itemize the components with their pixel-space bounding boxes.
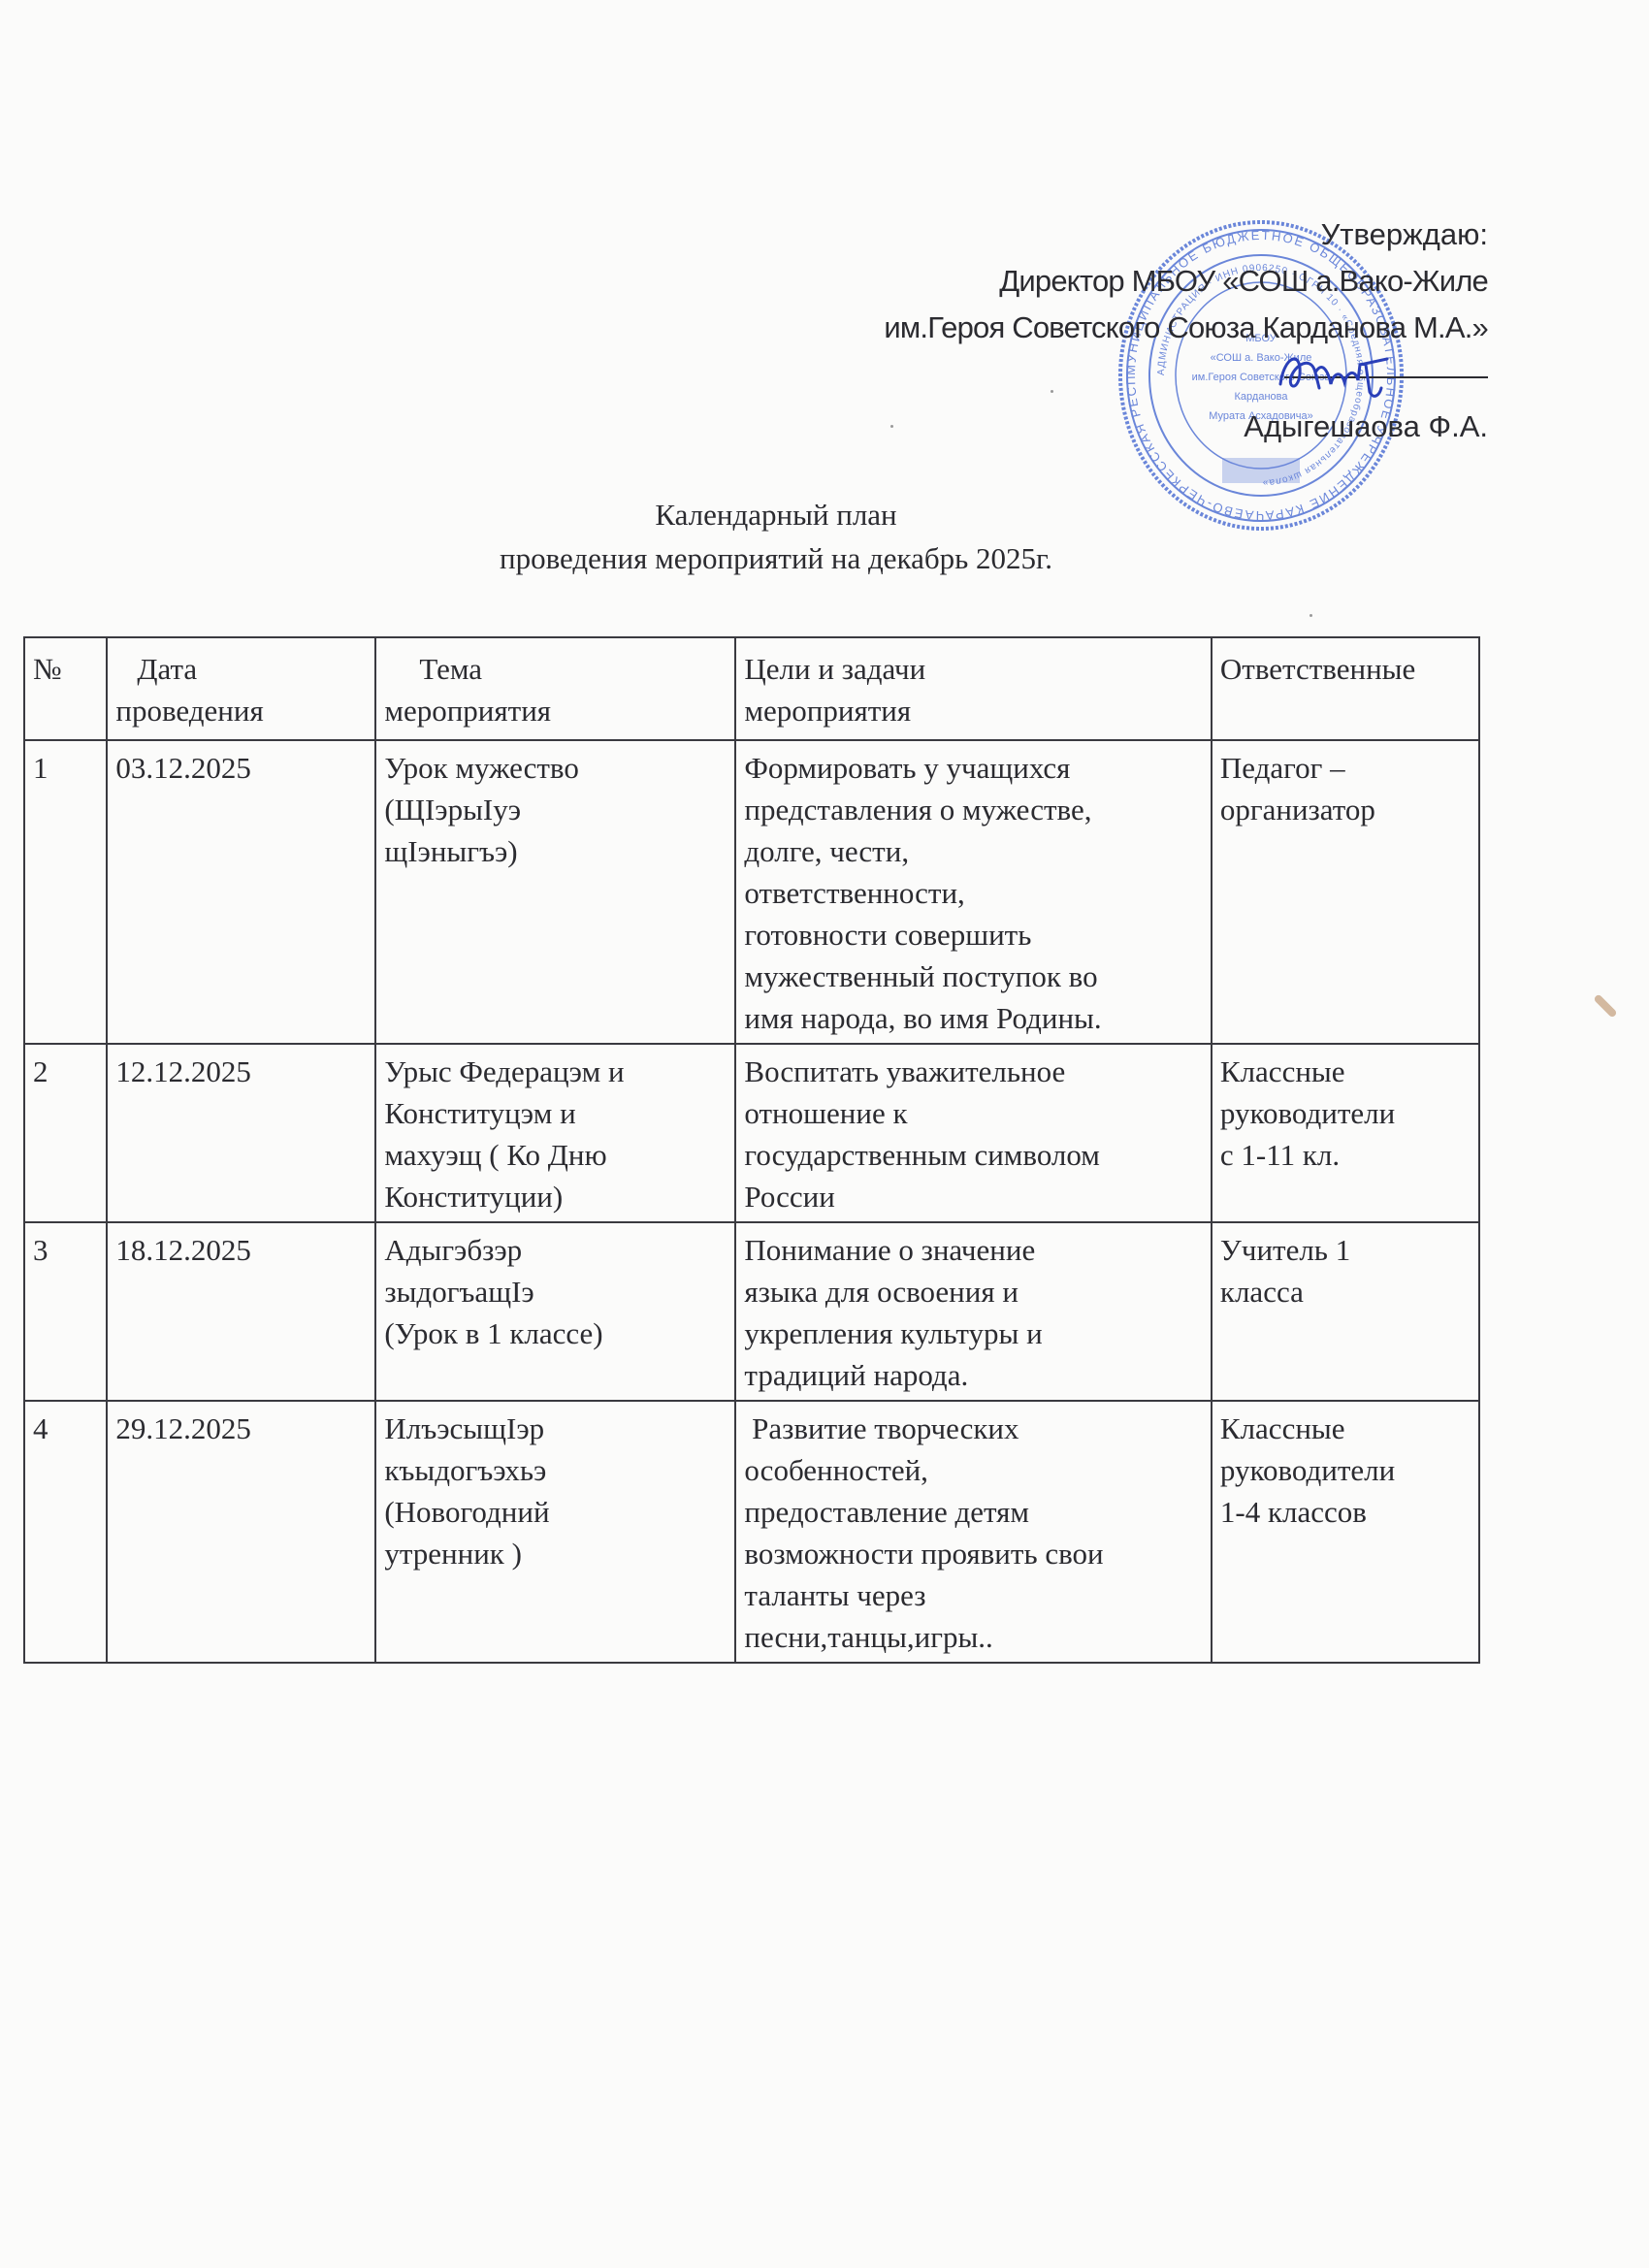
table-row: 212.12.2025Урыс Федерацэм иКонституцэм и…: [24, 1044, 1479, 1222]
responsible-line: Педагог –: [1220, 747, 1471, 789]
goals-line: Развитие творческих: [744, 1408, 1203, 1449]
topic-line: къыдогъэхьэ: [384, 1449, 727, 1491]
title-line2: проведения мероприятий на декабрь 2025г.: [0, 536, 1552, 580]
goals-line: имя народа, во имя Родины.: [744, 997, 1203, 1039]
goals-line: готовности совершить: [744, 914, 1203, 956]
header-goals: Цели и задачи мероприятия: [735, 637, 1212, 740]
topic-line: Адыгэбзэр: [384, 1229, 727, 1271]
signature-icon: [1273, 345, 1399, 404]
topic-line: Конституции): [384, 1176, 727, 1217]
goals-line: России: [744, 1176, 1203, 1217]
row-topic: Урыс Федерацэм иКонституцэм имахуэщ ( Ко…: [375, 1044, 735, 1222]
row-topic: Урок мужество(ЩIэрыIуэщIэныгъэ): [375, 740, 735, 1044]
row-responsible: Классныеруководители1-4 классов: [1212, 1401, 1479, 1663]
goals-line: предоставление детям: [744, 1491, 1203, 1533]
row-date: 29.12.2025: [107, 1401, 375, 1663]
goals-line: языка для освоения и: [744, 1271, 1203, 1312]
goals-line: возможности проявить свои: [744, 1533, 1203, 1574]
responsible-line: 1-4 классов: [1220, 1491, 1471, 1533]
goals-line: государственным символом: [744, 1134, 1203, 1176]
row-date: 03.12.2025: [107, 740, 375, 1044]
row-goals: Формировать у учащихсяпредставления о му…: [735, 740, 1212, 1044]
table-header-row: № Дата проведения Тема мероприятия Цели …: [24, 637, 1479, 740]
row-num: 2: [24, 1044, 107, 1222]
approval-block: Утверждаю: Директор МБОУ «СОШ а.Вако-Жил…: [884, 211, 1488, 450]
goals-line: таланты через: [744, 1574, 1203, 1616]
table-row: 429.12.2025ИлъэсыщIэркъыдогъэхьэ(Новогод…: [24, 1401, 1479, 1663]
topic-line: (ЩIэрыIуэ: [384, 789, 727, 830]
goals-line: особенностей,: [744, 1449, 1203, 1491]
goals-line: ответственности,: [744, 872, 1203, 914]
row-num: 1: [24, 740, 107, 1044]
row-topic: ИлъэсыщIэркъыдогъэхьэ(Новогоднийутренник…: [375, 1401, 735, 1663]
goals-line: долге, чести,: [744, 830, 1203, 872]
goals-line: мужественный поступок во: [744, 956, 1203, 997]
goals-line: песни,танцы,игры..: [744, 1616, 1203, 1658]
topic-line: (Урок в 1 классе): [384, 1312, 727, 1354]
goals-line: Понимание о значение: [744, 1229, 1203, 1271]
row-date: 18.12.2025: [107, 1222, 375, 1401]
responsible-line: руководители: [1220, 1092, 1471, 1134]
topic-line: махуэщ ( Ко Дню: [384, 1134, 727, 1176]
topic-line: щIэныгъэ): [384, 830, 727, 872]
topic-line: ИлъэсыщIэр: [384, 1408, 727, 1449]
responsible-line: Классные: [1220, 1408, 1471, 1449]
topic-line: Конституцэм и: [384, 1092, 727, 1134]
approve-label: Утверждаю:: [884, 211, 1488, 258]
topic-line: (Новогодний: [384, 1491, 727, 1533]
topic-line: утренник ): [384, 1533, 727, 1574]
goals-line: Воспитать уважительное: [744, 1051, 1203, 1092]
responsible-line: Классные: [1220, 1051, 1471, 1092]
table-row: 103.12.2025Урок мужество(ЩIэрыIуэщIэныгъ…: [24, 740, 1479, 1044]
approver-position-line1: Директор МБОУ «СОШ а.Вако-Жиле: [884, 258, 1488, 305]
events-table: № Дата проведения Тема мероприятия Цели …: [23, 636, 1480, 1664]
row-date: 12.12.2025: [107, 1044, 375, 1222]
responsible-line: организатор: [1220, 789, 1471, 830]
table-row: 318.12.2025АдыгэбзэрзыдогъащIэ(Урок в 1 …: [24, 1222, 1479, 1401]
topic-line: Урыс Федерацэм и: [384, 1051, 727, 1092]
topic-line: Урок мужество: [384, 747, 727, 789]
row-topic: АдыгэбзэрзыдогъащIэ(Урок в 1 классе): [375, 1222, 735, 1401]
responsible-line: Учитель 1: [1220, 1229, 1471, 1271]
approver-position-line2: им.Героя Советского Союза Карданова М.А.…: [884, 305, 1488, 351]
goals-line: укрепления культуры и: [744, 1312, 1203, 1354]
signatory-name: Адыгешаова Ф.А.: [884, 404, 1488, 450]
header-topic: Тема мероприятия: [375, 637, 735, 740]
row-num: 3: [24, 1222, 107, 1401]
row-responsible: Учитель 1класса: [1212, 1222, 1479, 1401]
row-goals: Воспитать уважительноеотношение кгосудар…: [735, 1044, 1212, 1222]
responsible-line: с 1-11 кл.: [1220, 1134, 1471, 1176]
paper-mark: [1593, 993, 1617, 1018]
topic-line: зыдогъащIэ: [384, 1271, 727, 1312]
row-num: 4: [24, 1401, 107, 1663]
header-date: Дата проведения: [107, 637, 375, 740]
row-responsible: Педагог –организатор: [1212, 740, 1479, 1044]
row-goals: Развитие творческихособенностей,предоста…: [735, 1401, 1212, 1663]
row-responsible: Классныеруководителис 1-11 кл.: [1212, 1044, 1479, 1222]
header-num: №: [24, 637, 107, 740]
header-responsible: Ответственные: [1212, 637, 1479, 740]
goals-line: отношение к: [744, 1092, 1203, 1134]
signature-row: [884, 351, 1488, 404]
responsible-line: руководители: [1220, 1449, 1471, 1491]
goals-line: представления о мужестве,: [744, 789, 1203, 830]
goals-line: традиций народа.: [744, 1354, 1203, 1396]
responsible-line: класса: [1220, 1271, 1471, 1312]
goals-line: Формировать у учащихся: [744, 747, 1203, 789]
row-goals: Понимание о значениеязыка для освоения и…: [735, 1222, 1212, 1401]
